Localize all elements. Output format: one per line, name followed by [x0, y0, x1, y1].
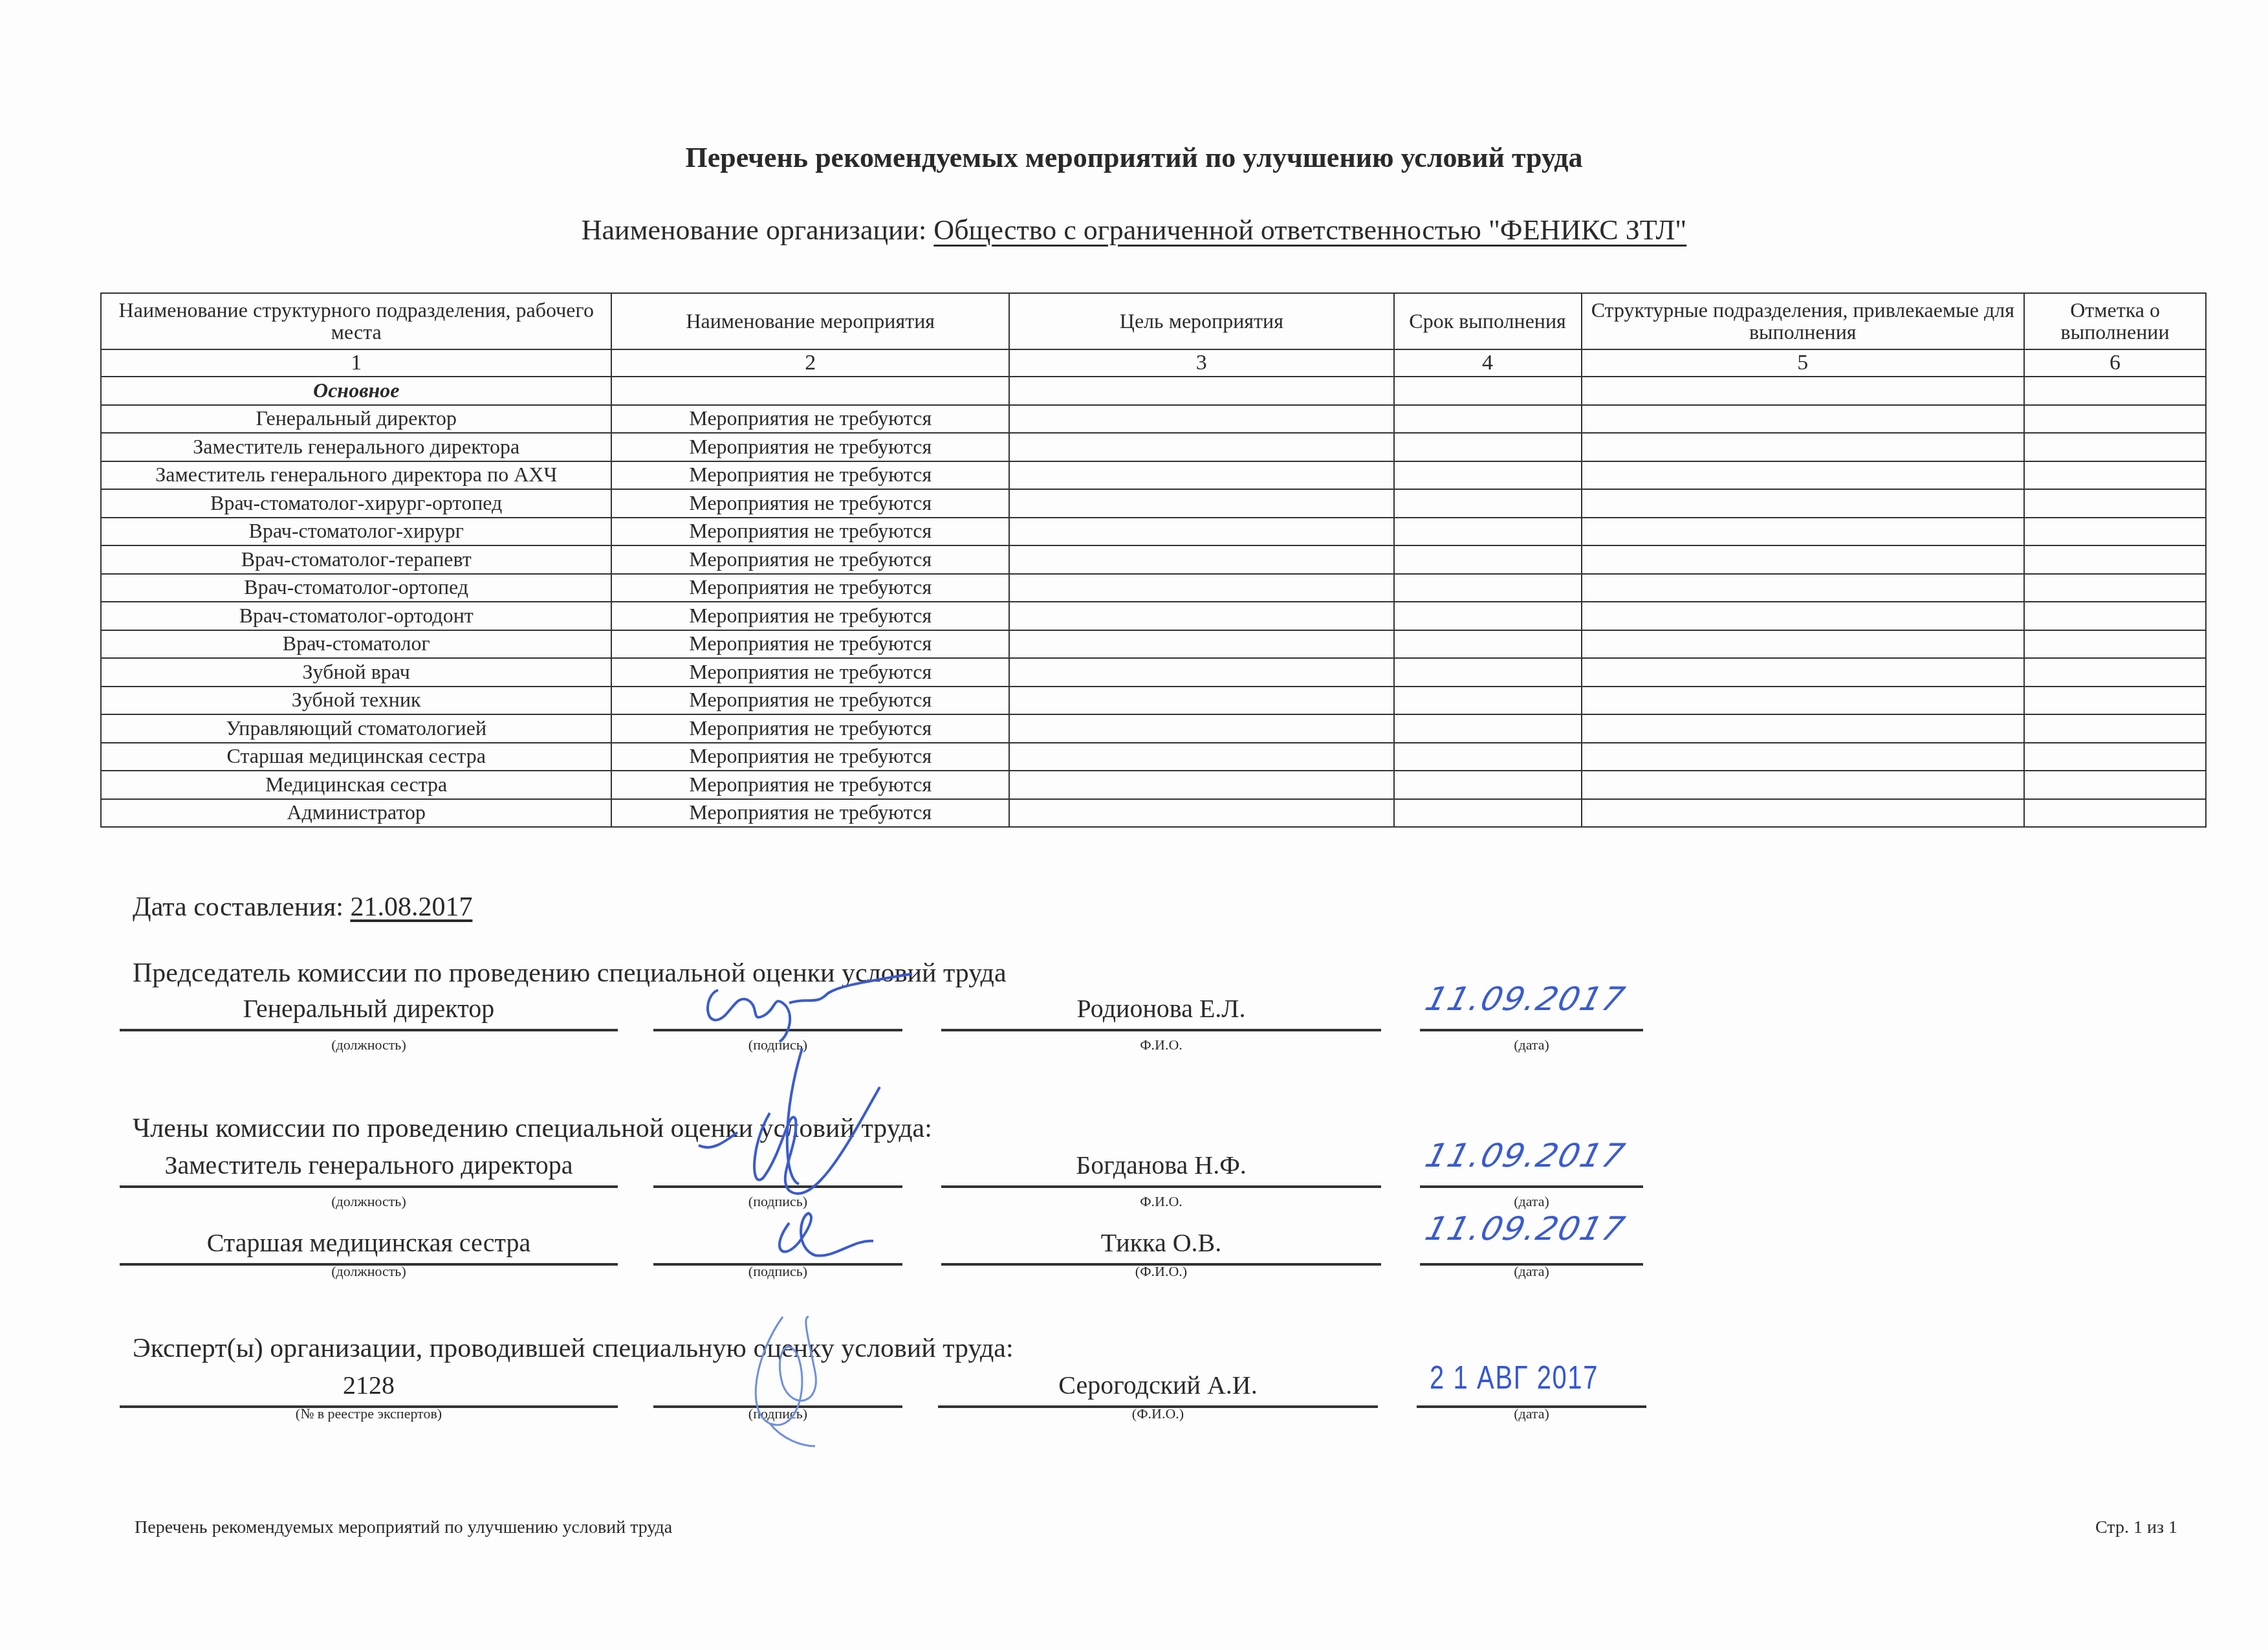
- empty-cell: [1009, 743, 1394, 771]
- member-handwritten-date: 11.09.2017: [1421, 1210, 1630, 1248]
- col-header-departments: Структурные подразделения, привлекаемые …: [1582, 293, 2025, 349]
- empty-cell: [1582, 433, 2025, 461]
- position-cell: Зубной техник: [101, 687, 611, 715]
- position-cell: Врач-стоматолог-ортодонт: [101, 602, 611, 630]
- caption-registry: (№ в реестре экспертов): [120, 1405, 618, 1422]
- empty-cell: [2024, 545, 2206, 574]
- empty-cell: [1009, 799, 1394, 828]
- date-made-value: 21.08.2017: [350, 892, 472, 922]
- group-label: Основное: [101, 377, 611, 405]
- organization-name: Общество с ограниченной ответственностью…: [933, 214, 1686, 246]
- group-row: Основное: [101, 377, 2206, 405]
- caption-position: (должность): [120, 1263, 618, 1280]
- col-header-completion: Отметка о выполнении: [2024, 293, 2206, 349]
- caption-position: (должность): [120, 1193, 618, 1210]
- table-row: Врач-стоматолог-ортодонтМероприятия не т…: [101, 602, 2206, 630]
- caption-date: (дата): [1420, 1193, 1643, 1210]
- measure-cell: Мероприятия не требуются: [611, 630, 1009, 659]
- empty-cell: [1009, 602, 1394, 630]
- empty-cell: [1582, 518, 2025, 546]
- member-name: Богданова Н.Ф.: [941, 1147, 1381, 1188]
- col-number: 2: [611, 349, 1009, 377]
- empty-cell: [1394, 799, 1582, 828]
- empty-cell: [1394, 489, 1582, 518]
- empty-cell: [2024, 630, 2206, 659]
- table-row: Старшая медицинская сестраМероприятия не…: [101, 743, 2206, 771]
- empty-cell: [2024, 714, 2206, 743]
- empty-cell: [2024, 405, 2206, 434]
- empty-cell: [1009, 545, 1394, 574]
- empty-cell: [1582, 405, 2025, 434]
- caption-name: Ф.И.О.: [941, 1037, 1381, 1053]
- empty-cell: [1009, 574, 1394, 602]
- empty-cell: [2024, 743, 2206, 771]
- empty-cell: [1009, 489, 1394, 518]
- empty-cell: [1394, 687, 1582, 715]
- empty-cell: [1582, 799, 2025, 828]
- empty-cell: [2024, 687, 2206, 715]
- caption-name: Ф.И.О.: [941, 1193, 1381, 1210]
- col-header-deadline: Срок выполнения: [1394, 293, 1582, 349]
- empty-cell: [1394, 771, 1582, 799]
- position-cell: Генеральный директор: [101, 405, 611, 434]
- empty-cell: [1582, 461, 2025, 490]
- empty-cell: [1582, 771, 2025, 799]
- expert-signature-icon: [712, 1314, 873, 1449]
- empty-cell: [1394, 743, 1582, 771]
- measure-cell: Мероприятия не требуются: [611, 799, 1009, 828]
- table-row: Заместитель генерального директора по АХ…: [101, 461, 2206, 490]
- empty-cell: [2024, 799, 2206, 828]
- caption-name: (Ф.И.О.): [938, 1405, 1378, 1422]
- caption-name: (Ф.И.О.): [941, 1263, 1381, 1280]
- measure-cell: Мероприятия не требуются: [611, 743, 1009, 771]
- empty-cell: [2024, 489, 2206, 518]
- empty-cell: [1009, 630, 1394, 659]
- table-row: Врач-стоматолог-терапевтМероприятия не т…: [101, 545, 2206, 574]
- measures-table: Наименование структурного подразделения,…: [100, 292, 2207, 828]
- empty-cell: [1582, 489, 2025, 518]
- expert-stamp-date: 2 1 АВГ 2017: [1430, 1359, 1598, 1396]
- member-handwritten-date: 11.09.2017: [1421, 1137, 1630, 1174]
- measure-cell: Мероприятия не требуются: [611, 405, 1009, 434]
- measure-cell: Мероприятия не требуются: [611, 658, 1009, 687]
- empty-cell: [1009, 771, 1394, 799]
- position-cell: Врач-стоматолог: [101, 630, 611, 659]
- position-cell: Администратор: [101, 799, 611, 828]
- empty-cell: [1582, 714, 2025, 743]
- empty-cell: [1394, 714, 1582, 743]
- measure-cell: Мероприятия не требуются: [611, 433, 1009, 461]
- position-cell: Врач-стоматолог-ортопед: [101, 574, 611, 602]
- position-cell: Заместитель генерального директора по АХ…: [101, 461, 611, 490]
- empty-cell: [1009, 714, 1394, 743]
- empty-cell: [2024, 771, 2206, 799]
- organization-line: Наименование организации: Общество с огр…: [0, 214, 2268, 247]
- expert-signature-row: 2128 Серогодский А.И. (№ в реестре экспе…: [120, 1367, 1646, 1425]
- caption-date: (дата): [1417, 1405, 1646, 1422]
- position-cell: Врач-стоматолог-хирург: [101, 518, 611, 546]
- empty-cell: [1009, 518, 1394, 546]
- empty-cell: [1582, 574, 2025, 602]
- table-row: Управляющий стоматологиейМероприятия не …: [101, 714, 2206, 743]
- measure-cell: Мероприятия не требуются: [611, 489, 1009, 518]
- measure-cell: Мероприятия не требуются: [611, 771, 1009, 799]
- measure-cell: Мероприятия не требуются: [611, 574, 1009, 602]
- organization-label: Наименование организации:: [582, 214, 927, 246]
- member-position: Старшая медицинская сестра: [120, 1224, 618, 1266]
- empty-cell: [1394, 461, 1582, 490]
- col-number: 4: [1394, 349, 1582, 377]
- empty-cell: [1394, 518, 1582, 546]
- page-number: Стр. 1 из 1: [2095, 1517, 2177, 1538]
- document-page: Перечень рекомендуемых мероприятий по ул…: [0, 0, 2268, 1650]
- footer-title: Перечень рекомендуемых мероприятий по ул…: [135, 1517, 672, 1538]
- position-cell: Заместитель генерального директора: [101, 433, 611, 461]
- chairman-position: Генеральный директор: [120, 990, 618, 1031]
- empty-cell: [1009, 433, 1394, 461]
- table-row: Генеральный директорМероприятия не требу…: [101, 405, 2206, 434]
- empty-cell: [1009, 687, 1394, 715]
- empty-cell: [1009, 658, 1394, 687]
- col-header-measure: Наименование мероприятия: [611, 293, 1009, 349]
- table-row: Зубной врачМероприятия не требуются: [101, 658, 2206, 687]
- document-title: Перечень рекомендуемых мероприятий по ул…: [0, 141, 2268, 174]
- empty-cell: [1582, 630, 2025, 659]
- position-cell: Медицинская сестра: [101, 771, 611, 799]
- caption-position: (должность): [120, 1037, 618, 1053]
- empty-cell: [1394, 602, 1582, 630]
- table-row: Врач-стоматолог-хирургМероприятия не тре…: [101, 518, 2206, 546]
- empty-cell: [1394, 658, 1582, 687]
- table-row: Заместитель генерального директораМеропр…: [101, 433, 2206, 461]
- col-number: 5: [1582, 349, 2025, 377]
- col-number: 1: [101, 349, 611, 377]
- empty-cell: [2024, 461, 2206, 490]
- member-position: Заместитель генерального директора: [120, 1147, 618, 1188]
- empty-cell: [1582, 545, 2025, 574]
- experts-heading: Эксперт(ы) организации, проводившей спец…: [133, 1333, 1014, 1364]
- date-made-label: Дата составления:: [133, 892, 343, 922]
- empty-cell: [1009, 405, 1394, 434]
- chairman-name: Родионова Е.Л.: [941, 990, 1381, 1031]
- table-row: Врач-стоматолог-хирург-ортопедМероприяти…: [101, 489, 2206, 518]
- empty-cell: [1394, 630, 1582, 659]
- table-header-row: Наименование структурного подразделения,…: [101, 293, 2206, 349]
- empty-cell: [2024, 602, 2206, 630]
- position-cell: Зубной врач: [101, 658, 611, 687]
- position-cell: Врач-стоматолог-терапевт: [101, 545, 611, 574]
- empty-cell: [2024, 518, 2206, 546]
- empty-cell: [1582, 658, 2025, 687]
- empty-cell: [1394, 405, 1582, 434]
- expert-registry-number: 2128: [120, 1367, 618, 1408]
- measure-cell: Мероприятия не требуются: [611, 602, 1009, 630]
- col-header-position: Наименование структурного подразделения,…: [101, 293, 611, 349]
- empty-cell: [1009, 461, 1394, 490]
- measure-cell: Мероприятия не требуются: [611, 714, 1009, 743]
- position-cell: Управляющий стоматологией: [101, 714, 611, 743]
- col-number: 6: [2024, 349, 2206, 377]
- date-made: Дата составления: 21.08.2017: [133, 892, 472, 923]
- col-header-goal: Цель мероприятия: [1009, 293, 1394, 349]
- empty-cell: [1394, 545, 1582, 574]
- col-number: 3: [1009, 349, 1394, 377]
- caption-date: (дата): [1420, 1263, 1643, 1280]
- table-row: Врач-стоматолог-ортопедМероприятия не тр…: [101, 574, 2206, 602]
- empty-cell: [2024, 574, 2206, 602]
- table-row: Медицинская сестраМероприятия не требуют…: [101, 771, 2206, 799]
- member-name: Тикка О.В.: [941, 1224, 1381, 1266]
- caption-date: (дата): [1420, 1037, 1643, 1053]
- table-row: Зубной техникМероприятия не требуются: [101, 687, 2206, 715]
- measure-cell: Мероприятия не требуются: [611, 687, 1009, 715]
- empty-cell: [2024, 433, 2206, 461]
- position-cell: Врач-стоматолог-хирург-ортопед: [101, 489, 611, 518]
- table-row: Врач-стоматологМероприятия не требуются: [101, 630, 2206, 659]
- empty-cell: [1582, 743, 2025, 771]
- empty-cell: [1582, 602, 2025, 630]
- empty-cell: [1394, 433, 1582, 461]
- member-signatures-icon: [686, 1035, 944, 1268]
- column-numbers-row: 1 2 3 4 5 6: [101, 349, 2206, 377]
- empty-cell: [2024, 658, 2206, 687]
- measure-cell: Мероприятия не требуются: [611, 545, 1009, 574]
- chairman-handwritten-date: 11.09.2017: [1421, 980, 1630, 1018]
- empty-cell: [1582, 687, 2025, 715]
- empty-cell: [1394, 574, 1582, 602]
- expert-name: Серогодский А.И.: [938, 1367, 1378, 1408]
- measure-cell: Мероприятия не требуются: [611, 518, 1009, 546]
- table-row: АдминистраторМероприятия не требуются: [101, 799, 2206, 828]
- position-cell: Старшая медицинская сестра: [101, 743, 611, 771]
- measure-cell: Мероприятия не требуются: [611, 461, 1009, 490]
